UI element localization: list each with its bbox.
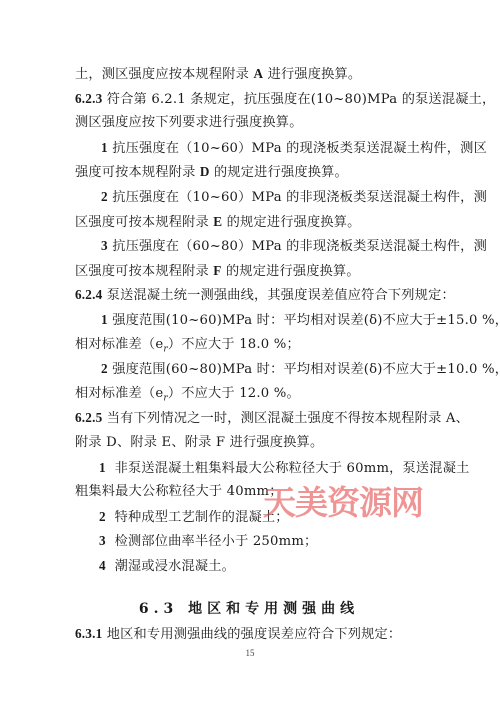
item-text: 抗压强度在（10~60）MPa 的现浇板类泵送混凝土构件，测区 — [108, 141, 487, 156]
clause-6-2-3: 6.2.3 符合第 6.2.1 条规定，抗压强度在(10~80)MPa 的泵送混… — [75, 87, 423, 112]
text-line: 强度可按本规程附录 D 的规定进行强度换算。 — [75, 160, 423, 185]
clause-number: 6.2.5 — [75, 410, 102, 425]
text-span: 强度可按本规程附录 — [75, 165, 200, 180]
appendix-ref: E — [213, 214, 222, 229]
text-line: 附录 D、附录 E、附录 F 进行强度换算。 — [75, 431, 423, 456]
list-item: 3 抗压强度在（60~80）MPa 的非现浇板类泵送混凝土构件，测 — [75, 234, 423, 259]
text-line: 测区强度应按下列要求进行强度换算。 — [75, 111, 423, 136]
text-span: 测区强度应按下列要求进行强度换算。 — [75, 115, 303, 130]
text-span: 相对标准差（e — [75, 337, 163, 352]
clause-text: 地区和专用测强曲线的强度误差应符合下列规定： — [102, 627, 401, 642]
item-text: 抗压强度在（10~60）MPa 的非现浇板类泵送混凝土构件，测 — [108, 190, 487, 205]
item-number: 1 — [99, 460, 106, 475]
item-text: 强度范围(10~60)MPa 时：平均相对误差(δ)不应大于±15.0 %， — [108, 313, 500, 328]
clause-text: 当有下列情况之一时，测区混凝土强度不得按本规程附录 A、 — [102, 411, 469, 426]
text-line: 相对标准差（er）不应大于 12.0 %。 — [75, 382, 423, 407]
item-number: 1 — [101, 140, 108, 155]
text-span: 粗集料最大公称粒径大于 40mm； — [75, 484, 283, 499]
text-span: ）不应大于 18.0 %； — [168, 337, 300, 352]
text-span: ）不应大于 12.0 %。 — [168, 386, 300, 401]
item-number: 2 — [101, 189, 108, 204]
item-text: 特种成型工艺制作的混凝土； — [106, 510, 289, 525]
item-text: 潮湿或浸水混凝土。 — [106, 559, 235, 574]
clause-text: 符合第 6.2.1 条规定，抗压强度在(10~80)MPa 的泵送混凝土， — [102, 92, 495, 107]
appendix-ref: F — [213, 263, 221, 278]
text-line: 相对标准差（er）不应大于 18.0 %； — [75, 333, 423, 358]
item-text: 非泵送混凝土粗集料最大公称粒径大于 60mm，泵送混凝土 — [106, 461, 470, 476]
text-line: 土，测区强度应按本规程附录 A 进行强度换算。 — [75, 62, 423, 87]
text-span: 土，测区强度应按本规程附录 — [75, 67, 253, 82]
list-item: 4 潮湿或浸水混凝土。 — [75, 554, 423, 579]
document-page: 土，测区强度应按本规程附录 A 进行强度换算。 6.2.3 符合第 6.2.1 … — [75, 62, 423, 647]
list-item: 2 强度范围(60~80)MPa 时：平均相对误差(δ)不应大于±10.0 %， — [75, 357, 423, 382]
list-item: 3 检测部位曲率半径小于 250mm； — [75, 529, 423, 554]
clause-6-3-1: 6.3.1 地区和专用测强曲线的强度误差应符合下列规定： — [75, 622, 423, 647]
page-number: 15 — [0, 648, 500, 658]
list-item: 1 强度范围(10~60)MPa 时：平均相对误差(δ)不应大于±15.0 %， — [75, 308, 423, 333]
text-span: 相对标准差（e — [75, 386, 163, 401]
item-number: 1 — [101, 312, 108, 327]
text-span: 的规定进行强度换算。 — [222, 264, 360, 279]
appendix-ref: D — [200, 164, 210, 179]
text-line: 粗集料最大公称粒径大于 40mm； — [75, 480, 423, 505]
text-line: 区强度可按本规程附录 E 的规定进行强度换算。 — [75, 210, 423, 235]
text-span: 的规定进行强度换算。 — [222, 215, 360, 230]
list-item: 2 特种成型工艺制作的混凝土； — [75, 505, 423, 530]
item-text: 检测部位曲率半径小于 250mm； — [106, 534, 318, 549]
text-span: 附录 D、附录 E、附录 F 进行强度换算。 — [75, 435, 323, 450]
appendix-ref: A — [253, 66, 263, 81]
item-number: 2 — [101, 361, 108, 376]
item-number: 3 — [101, 238, 108, 253]
text-span: 区强度可按本规程附录 — [75, 264, 213, 279]
clause-6-2-4: 6.2.4 泵送混凝土统一测强曲线，其强度误差值应符合下列规定： — [75, 283, 423, 308]
text-span: 进行强度换算。 — [263, 67, 361, 82]
clause-number: 6.2.4 — [75, 287, 102, 302]
item-text: 强度范围(60~80)MPa 时：平均相对误差(δ)不应大于±10.0 %， — [108, 362, 500, 377]
item-text: 抗压强度在（60~80）MPa 的非现浇板类泵送混凝土构件，测 — [108, 239, 487, 254]
item-number: 3 — [99, 533, 106, 548]
text-line: 区强度可按本规程附录 F 的规定进行强度换算。 — [75, 259, 423, 284]
list-item: 2 抗压强度在（10~60）MPa 的非现浇板类泵送混凝土构件，测 — [75, 185, 423, 210]
clause-number: 6.2.3 — [75, 91, 102, 106]
text-span: 的规定进行强度换算。 — [210, 165, 348, 180]
clause-6-2-5: 6.2.5 当有下列情况之一时，测区混凝土强度不得按本规程附录 A、 — [75, 406, 423, 431]
section-heading: 6.3 地区和专用测强曲线 — [75, 596, 423, 622]
clause-text: 泵送混凝土统一测强曲线，其强度误差值应符合下列规定： — [102, 288, 454, 303]
clause-number: 6.3.1 — [75, 626, 102, 641]
item-number: 4 — [99, 558, 106, 573]
text-span: 区强度可按本规程附录 — [75, 215, 213, 230]
item-number: 2 — [99, 509, 106, 524]
list-item: 1 抗压强度在（10~60）MPa 的现浇板类泵送混凝土构件，测区 — [75, 136, 423, 161]
list-item: 1 非泵送混凝土粗集料最大公称粒径大于 60mm，泵送混凝土 — [75, 456, 423, 481]
